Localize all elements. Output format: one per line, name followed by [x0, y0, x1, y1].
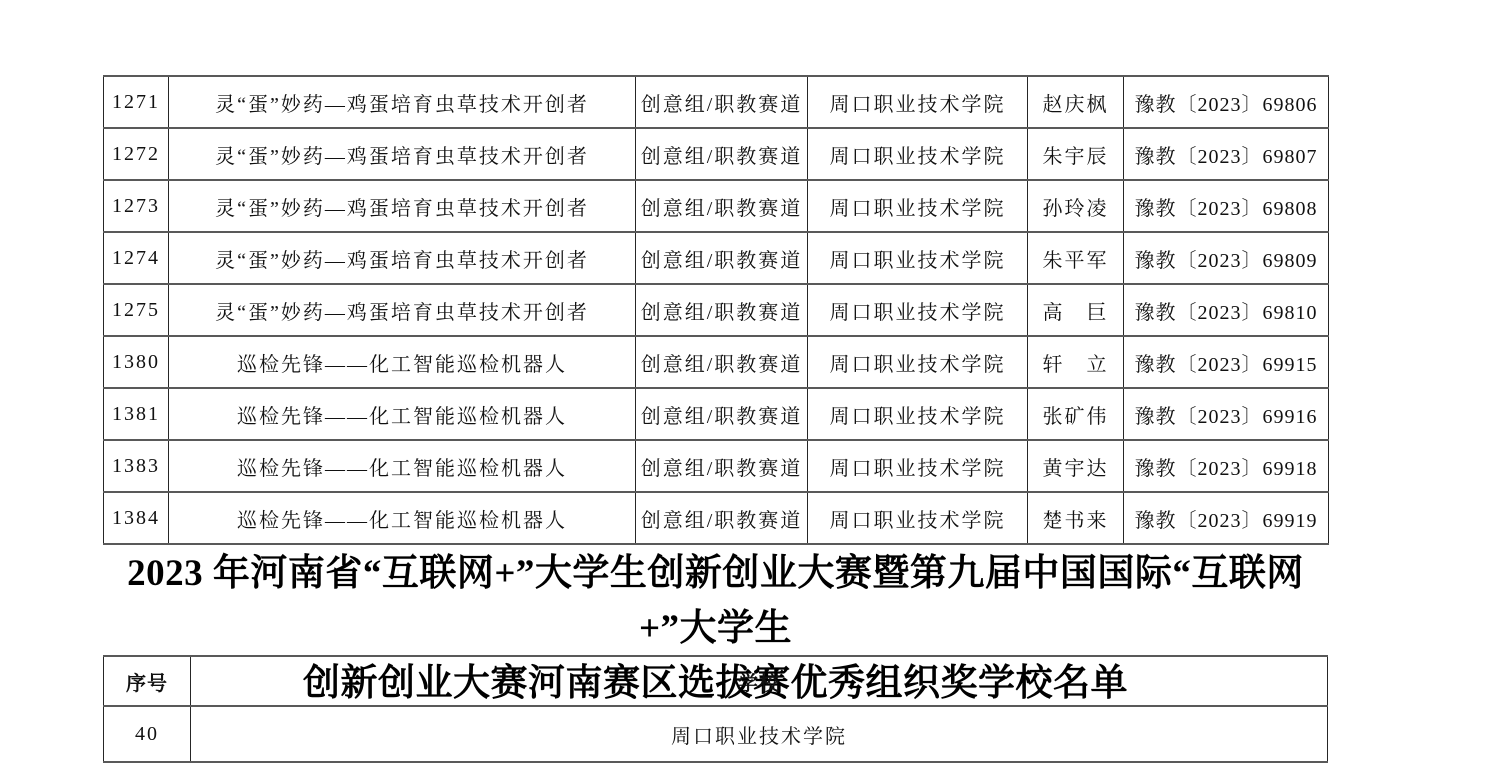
school-cell: 周口职业技术学院 [808, 388, 1028, 440]
cert-cell: 豫教〔2023〕69918 [1124, 440, 1329, 492]
project-cell: 灵“蛋”妙药—鸡蛋培育虫草技术开创者 [169, 180, 636, 232]
track-cell: 创意组/职教赛道 [636, 440, 808, 492]
serial-cell: 1275 [104, 284, 169, 336]
serial-cell: 1384 [104, 492, 169, 544]
document-page: 1271 灵“蛋”妙药—鸡蛋培育虫草技术开创者 创意组/职教赛道 周口职业技术学… [0, 0, 1493, 773]
person-cell: 轩 立 [1028, 336, 1124, 388]
table-header-row: 序号 学校 [104, 656, 1328, 706]
table-row: 1381 巡检先锋——化工智能巡检机器人 创意组/职教赛道 周口职业技术学院 张… [104, 388, 1329, 440]
track-cell: 创意组/职教赛道 [636, 232, 808, 284]
org-award-table: 序号 学校 40 周口职业技术学院 [103, 655, 1328, 763]
serial-cell: 1381 [104, 388, 169, 440]
cert-cell: 豫教〔2023〕69919 [1124, 492, 1329, 544]
project-cell: 灵“蛋”妙药—鸡蛋培育虫草技术开创者 [169, 284, 636, 336]
serial-cell: 1272 [104, 128, 169, 180]
person-cell: 楚书来 [1028, 492, 1124, 544]
org-school-cell: 周口职业技术学院 [191, 706, 1328, 762]
serial-cell: 1380 [104, 336, 169, 388]
track-cell: 创意组/职教赛道 [636, 284, 808, 336]
school-cell: 周口职业技术学院 [808, 232, 1028, 284]
cert-cell: 豫教〔2023〕69915 [1124, 336, 1329, 388]
track-cell: 创意组/职教赛道 [636, 180, 808, 232]
track-cell: 创意组/职教赛道 [636, 76, 808, 128]
cert-cell: 豫教〔2023〕69916 [1124, 388, 1329, 440]
title-line-1: 2023 年河南省“互联网+”大学生创新创业大赛暨第九届中国国际“互联网+”大学… [103, 546, 1328, 656]
table-row: 1273 灵“蛋”妙药—鸡蛋培育虫草技术开创者 创意组/职教赛道 周口职业技术学… [104, 180, 1329, 232]
project-cell: 巡检先锋——化工智能巡检机器人 [169, 492, 636, 544]
school-cell: 周口职业技术学院 [808, 440, 1028, 492]
project-cell: 灵“蛋”妙药—鸡蛋培育虫草技术开创者 [169, 76, 636, 128]
cert-cell: 豫教〔2023〕69808 [1124, 180, 1329, 232]
org-no-header: 序号 [104, 656, 191, 706]
serial-cell: 1383 [104, 440, 169, 492]
school-cell: 周口职业技术学院 [808, 336, 1028, 388]
project-cell: 巡检先锋——化工智能巡检机器人 [169, 336, 636, 388]
person-cell: 高 巨 [1028, 284, 1124, 336]
cert-cell: 豫教〔2023〕69809 [1124, 232, 1329, 284]
cert-cell: 豫教〔2023〕69807 [1124, 128, 1329, 180]
person-cell: 朱宇辰 [1028, 128, 1124, 180]
table-row: 1384 巡检先锋——化工智能巡检机器人 创意组/职教赛道 周口职业技术学院 楚… [104, 492, 1329, 544]
project-cell: 巡检先锋——化工智能巡检机器人 [169, 440, 636, 492]
cert-cell: 豫教〔2023〕69806 [1124, 76, 1329, 128]
school-cell: 周口职业技术学院 [808, 492, 1028, 544]
track-cell: 创意组/职教赛道 [636, 128, 808, 180]
project-cell: 巡检先锋——化工智能巡检机器人 [169, 388, 636, 440]
person-cell: 赵庆枫 [1028, 76, 1124, 128]
project-cell: 灵“蛋”妙药—鸡蛋培育虫草技术开创者 [169, 232, 636, 284]
track-cell: 创意组/职教赛道 [636, 492, 808, 544]
school-cell: 周口职业技术学院 [808, 284, 1028, 336]
school-cell: 周口职业技术学院 [808, 180, 1028, 232]
table-row: 1275 灵“蛋”妙药—鸡蛋培育虫草技术开创者 创意组/职教赛道 周口职业技术学… [104, 284, 1329, 336]
table-row: 1383 巡检先锋——化工智能巡检机器人 创意组/职教赛道 周口职业技术学院 黄… [104, 440, 1329, 492]
track-cell: 创意组/职教赛道 [636, 388, 808, 440]
school-cell: 周口职业技术学院 [808, 76, 1028, 128]
person-cell: 朱平军 [1028, 232, 1124, 284]
serial-cell: 1273 [104, 180, 169, 232]
table-row: 1272 灵“蛋”妙药—鸡蛋培育虫草技术开创者 创意组/职教赛道 周口职业技术学… [104, 128, 1329, 180]
org-school-header: 学校 [191, 656, 1328, 706]
table-row: 40 周口职业技术学院 [104, 706, 1328, 762]
table-row: 1271 灵“蛋”妙药—鸡蛋培育虫草技术开创者 创意组/职教赛道 周口职业技术学… [104, 76, 1329, 128]
person-cell: 孙玲凌 [1028, 180, 1124, 232]
serial-cell: 1271 [104, 76, 169, 128]
table-row: 1380 巡检先锋——化工智能巡检机器人 创意组/职教赛道 周口职业技术学院 轩… [104, 336, 1329, 388]
award-winners-table: 1271 灵“蛋”妙药—鸡蛋培育虫草技术开创者 创意组/职教赛道 周口职业技术学… [103, 75, 1329, 545]
serial-cell: 1274 [104, 232, 169, 284]
person-cell: 张矿伟 [1028, 388, 1124, 440]
org-no-cell: 40 [104, 706, 191, 762]
school-cell: 周口职业技术学院 [808, 128, 1028, 180]
project-cell: 灵“蛋”妙药—鸡蛋培育虫草技术开创者 [169, 128, 636, 180]
person-cell: 黄宇达 [1028, 440, 1124, 492]
table-row: 1274 灵“蛋”妙药—鸡蛋培育虫草技术开创者 创意组/职教赛道 周口职业技术学… [104, 232, 1329, 284]
track-cell: 创意组/职教赛道 [636, 336, 808, 388]
cert-cell: 豫教〔2023〕69810 [1124, 284, 1329, 336]
